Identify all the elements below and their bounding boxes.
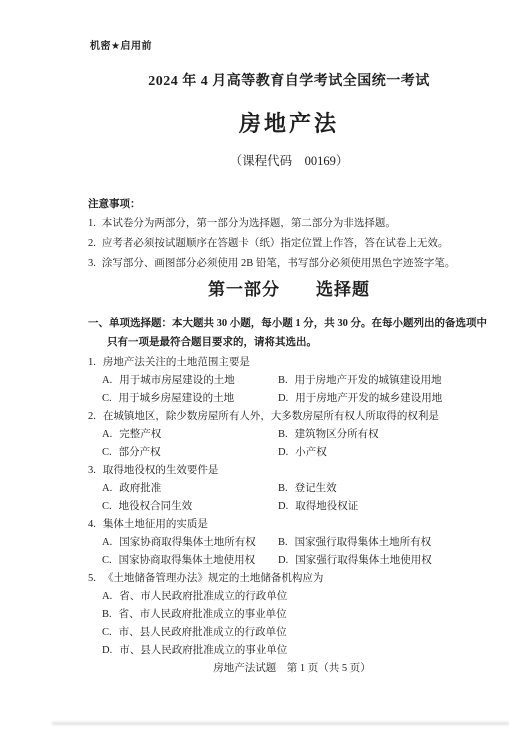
question-3: 3.取得地役权的生效要件是 A.政府批准 B.登记生效 C.地役权合同生效 D.… [88,462,468,516]
option-label: D. [278,393,288,404]
question-list: 1.房地产法关注的土地范围主要是 A.用于城市房屋建设的土地 B.用于房地产开发… [88,354,468,660]
notice-item-3: 3.涂写部分、画图部分必须使用 2B 铅笔，书写部分必须使用黑色字迹签字笔。 [88,254,468,274]
part-one-heading: 第一部分 选择题 [88,279,468,301]
notice-item-number: 3. [88,258,96,269]
question-4: 4.集体土地征用的实质是 A.国家协商取得集体土地所有权 B.国家强行取得集体土… [88,516,468,570]
option-label: B. [278,429,288,440]
option-text: 部分产权 [119,447,161,458]
option-a: A.用于城市房屋建设的土地 [102,372,278,390]
option-group: A.国家协商取得集体土地所有权 B.国家强行取得集体土地所有权 C.国家协商取得… [102,534,468,570]
option-a: A.国家协商取得集体土地所有权 [102,534,278,552]
option-text: 建筑物区分所有权 [295,429,379,440]
page-content: 2024 年 4 月高等教育自学考试全国统一考试 房地产法 （课程代码 0016… [88,62,468,678]
option-text: 取得地役权证 [295,501,358,512]
option-text: 国家强行取得集体土地所有权 [295,537,432,548]
option-label: C. [102,393,112,404]
option-label: D. [278,501,288,512]
question-5: 5.《土地储备管理办法》规定的土地储备机构应为 A.省、市人民政府批准成立的行政… [88,570,468,660]
option-label: B. [278,537,288,548]
option-text: 国家协商取得集体土地使用权 [119,555,256,566]
option-text: 用于房地产开发的城乡建设用地 [295,393,442,404]
question-text: 在城镇地区，除少数房屋所有人外，大多数房屋所有权人所取得的权利是 [103,411,439,422]
option-group: A.完整产权 B.建筑物区分所有权 C.部分产权 D.小产权 [102,426,468,462]
section-instruction: 一、单项选择题：本大题共 30 小题，每小题 1 分，共 30 分。在每小题列出… [88,314,468,352]
option-b: B.用于房地产开发的城镇建设用地 [278,372,468,390]
notice-item-1: 1.本试卷分为两部分，第一部分为选择题，第二部分为非选择题。 [88,214,468,234]
option-text: 国家协商取得集体土地所有权 [119,537,256,548]
option-group: A.用于城市房屋建设的土地 B.用于房地产开发的城镇建设用地 C.用于城乡房屋建… [102,372,468,408]
option-c: C.部分产权 [102,444,278,462]
option-label: D. [102,645,112,656]
option-label: B. [278,483,288,494]
option-label: B. [102,609,112,620]
option-a: A.政府批准 [102,480,278,498]
question-1: 1.房地产法关注的土地范围主要是 A.用于城市房屋建设的土地 B.用于房地产开发… [88,354,468,408]
option-label: C. [102,555,112,566]
exam-paper-page: 机密★启用前 2024 年 4 月高等教育自学考试全国统一考试 房地产法 （课程… [0,0,509,739]
option-text: 市、县人民政府批准成立的事业单位 [119,645,287,656]
confidential-label: 机密★启用前 [90,37,152,52]
question-number: 3. [88,465,96,476]
option-c: C.市、县人民政府批准成立的行政单位 [102,624,468,642]
option-label: D. [278,555,288,566]
option-b: B.建筑物区分所有权 [278,426,468,444]
option-a: A.省、市人民政府批准成立的行政单位 [102,588,468,606]
question-stem: 5.《土地储备管理办法》规定的土地储备机构应为 [88,570,468,588]
option-label: C. [102,447,112,458]
instruction-line-1: 一、单项选择题：本大题共 30 小题，每小题 1 分，共 30 分。在每小题列出… [88,314,468,333]
option-c: C.国家协商取得集体土地使用权 [102,552,278,570]
question-number: 5. [88,573,96,584]
option-text: 小产权 [295,447,327,458]
notice-item-text: 本试卷分为两部分，第一部分为选择题，第二部分为非选择题。 [102,218,396,229]
option-text: 登记生效 [295,483,337,494]
option-text: 省、市人民政府批准成立的事业单位 [119,609,287,620]
question-stem: 4.集体土地征用的实质是 [88,516,468,534]
instruction-line-2: 只有一项是最符合题目要求的，请将其选出。 [88,333,468,352]
option-b: B.登记生效 [278,480,468,498]
option-d: D.取得地役权证 [278,498,468,516]
question-number: 1. [88,357,96,368]
question-2: 2.在城镇地区，除少数房屋所有人外，大多数房屋所有权人所取得的权利是 A.完整产… [88,408,468,462]
option-text: 国家强行取得集体土地使用权 [295,555,432,566]
option-text: 用于城市房屋建设的土地 [119,375,235,386]
question-text: 集体土地征用的实质是 [103,519,208,530]
option-text: 完整产权 [119,429,161,440]
option-d: D.小产权 [278,444,468,462]
exam-session-title: 2024 年 4 月高等教育自学考试全国统一考试 [88,72,468,92]
option-b: B.省、市人民政府批准成立的事业单位 [102,606,468,624]
option-label: C. [102,501,112,512]
option-d: D.国家强行取得集体土地使用权 [278,552,468,570]
question-text: 《土地储备管理办法》规定的土地储备机构应为 [103,573,324,584]
option-text: 省、市人民政府批准成立的行政单位 [119,591,287,602]
option-text: 地役权合同生效 [119,501,193,512]
question-stem: 2.在城镇地区，除少数房屋所有人外，大多数房屋所有权人所取得的权利是 [88,408,468,426]
option-text: 用于城乡房屋建设的土地 [119,393,235,404]
option-label: C. [102,627,112,638]
notice-item-text: 应考者必须按试题顺序在答题卡（纸）指定位置上作答，答在试卷上无效。 [102,238,449,249]
course-code: （课程代码 00169） [88,153,468,170]
option-text: 政府批准 [119,483,161,494]
option-text: 市、县人民政府批准成立的行政单位 [119,627,287,638]
notice-item-number: 1. [88,218,96,229]
option-group: A.省、市人民政府批准成立的行政单位 B.省、市人民政府批准成立的事业单位 C.… [102,588,468,660]
question-number: 2. [88,411,96,422]
question-text: 房地产法关注的土地范围主要是 [103,357,250,368]
scan-artifact-line [52,722,509,725]
option-c: C.用于城乡房屋建设的土地 [102,390,278,408]
notice-item-number: 2. [88,238,96,249]
subject-title: 房地产法 [88,108,468,140]
option-label: A. [102,375,112,386]
option-label: D. [278,447,288,458]
question-stem: 1.房地产法关注的土地范围主要是 [88,354,468,372]
option-label: B. [278,375,288,386]
option-d: D.市、县人民政府批准成立的事业单位 [102,642,468,660]
option-label: A. [102,483,112,494]
option-text: 用于房地产开发的城镇建设用地 [295,375,442,386]
notice-item-2: 2.应考者必须按试题顺序在答题卡（纸）指定位置上作答，答在试卷上无效。 [88,234,468,254]
option-label: A. [102,591,112,602]
notice-title: 注意事项： [88,195,468,214]
notice-item-text: 涂写部分、画图部分必须使用 2B 铅笔，书写部分必须使用黑色字迹签字笔。 [102,258,456,269]
question-stem: 3.取得地役权的生效要件是 [88,462,468,480]
question-text: 取得地役权的生效要件是 [103,465,219,476]
page-footer: 房地产法试题 第 1 页（共 5 页） [88,660,468,678]
option-label: A. [102,429,112,440]
option-group: A.政府批准 B.登记生效 C.地役权合同生效 D.取得地役权证 [102,480,468,516]
option-c: C.地役权合同生效 [102,498,278,516]
question-number: 4. [88,519,96,530]
option-b: B.国家强行取得集体土地所有权 [278,534,468,552]
option-a: A.完整产权 [102,426,278,444]
option-label: A. [102,537,112,548]
option-d: D.用于房地产开发的城乡建设用地 [278,390,468,408]
notice-section: 注意事项： 1.本试卷分为两部分，第一部分为选择题，第二部分为非选择题。 2.应… [88,195,468,274]
